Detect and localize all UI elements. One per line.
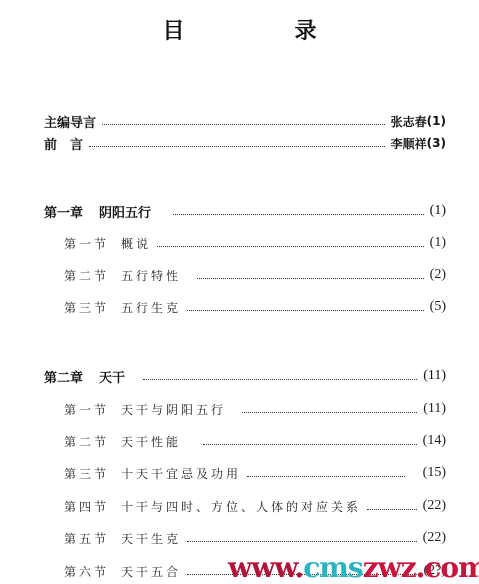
section-title: 十干与四时、方位、人体的对应关系 bbox=[121, 498, 361, 515]
section-number: 第二节 bbox=[64, 433, 109, 450]
toc-chapter-2[interactable]: 第二章 天干 (11) bbox=[44, 366, 446, 386]
entry-label: 主编导言 bbox=[44, 112, 96, 131]
chapter-number: 第一章 bbox=[44, 202, 83, 221]
section-page: (2) bbox=[430, 267, 446, 283]
section-title: 天干生克 bbox=[121, 530, 181, 547]
section-title: 十天干宜忌及功用 bbox=[121, 465, 241, 482]
toc-entry-preface[interactable]: 前 言 李顺祥 (3) bbox=[44, 133, 446, 153]
section-number: 第一节 bbox=[64, 401, 109, 418]
section-page: (5) bbox=[430, 299, 446, 315]
section-title: 五行生克 bbox=[121, 299, 181, 316]
section-page: (22) bbox=[423, 530, 446, 546]
section-number: 第五节 bbox=[64, 530, 109, 547]
section-title: 天干五合 bbox=[121, 563, 181, 580]
toc-section[interactable]: 第一节 天干与阴阳五行 (11) bbox=[64, 399, 446, 419]
chapter-page: (1) bbox=[430, 203, 446, 219]
toc-section[interactable]: 第三节 十天干宜忌及功用 (15) bbox=[64, 463, 446, 483]
section-title: 五行特性 bbox=[121, 267, 181, 284]
toc-section[interactable]: 第二节 五行特性 (2) bbox=[64, 265, 446, 285]
section-page: (14) bbox=[423, 433, 446, 449]
dot-leader bbox=[173, 213, 424, 215]
entry-page: (3) bbox=[427, 136, 446, 150]
entry-label: 前 言 bbox=[44, 134, 83, 153]
section-title: 概说 bbox=[121, 235, 151, 252]
chapter-title: 阴阳五行 bbox=[99, 202, 151, 221]
toc-section[interactable]: 第五节 天干生克 (22) bbox=[64, 528, 446, 548]
dot-leader bbox=[197, 277, 424, 279]
toc-entry-editor-intro[interactable]: 主编导言 张志春 (1) bbox=[44, 111, 446, 131]
entry-author: 李顺祥 bbox=[391, 135, 427, 152]
toc-section[interactable]: 第二节 天干性能 (14) bbox=[64, 431, 446, 451]
watermark: www.cmszwz.com bbox=[228, 551, 479, 584]
dot-leader bbox=[89, 145, 385, 147]
watermark-part: www. bbox=[228, 551, 303, 584]
chapter-number: 第二章 bbox=[44, 367, 83, 386]
dot-leader bbox=[367, 508, 417, 510]
dot-leader bbox=[247, 475, 405, 477]
section-title: 天干性能 bbox=[121, 433, 181, 450]
toc-chapter-1[interactable]: 第一章 阴阳五行 (1) bbox=[44, 201, 446, 221]
chapter-title: 天干 bbox=[99, 367, 125, 386]
dot-leader bbox=[187, 540, 417, 542]
section-page: (15) bbox=[423, 465, 446, 481]
dot-leader bbox=[203, 443, 417, 445]
section-page: (1) bbox=[430, 235, 446, 251]
dot-leader bbox=[242, 411, 417, 413]
section-number: 第三节 bbox=[64, 465, 109, 482]
watermark-part: zwz.com bbox=[363, 551, 479, 584]
entry-author: 张志春 bbox=[391, 113, 427, 130]
section-number: 第四节 bbox=[64, 498, 109, 515]
watermark-part: cms bbox=[303, 551, 362, 584]
toc-section[interactable]: 第三节 五行生克 (5) bbox=[64, 297, 446, 317]
dot-leader bbox=[102, 123, 385, 125]
page-title: 目 录 bbox=[0, 14, 479, 45]
dot-leader bbox=[143, 378, 417, 380]
dot-leader bbox=[157, 245, 424, 247]
entry-page: (1) bbox=[427, 114, 446, 128]
chapter-page: (11) bbox=[423, 368, 446, 384]
section-title: 天干与阴阳五行 bbox=[121, 401, 226, 418]
dot-leader bbox=[187, 309, 424, 311]
section-number: 第一节 bbox=[64, 235, 109, 252]
toc-section[interactable]: 第一节 概说 (1) bbox=[64, 233, 446, 253]
toc-section[interactable]: 第四节 十干与四时、方位、人体的对应关系 (22) bbox=[64, 496, 446, 516]
section-number: 第三节 bbox=[64, 299, 109, 316]
section-page: (11) bbox=[423, 401, 446, 417]
section-number: 第六节 bbox=[64, 563, 109, 580]
section-page: (22) bbox=[423, 498, 446, 514]
section-number: 第二节 bbox=[64, 267, 109, 284]
